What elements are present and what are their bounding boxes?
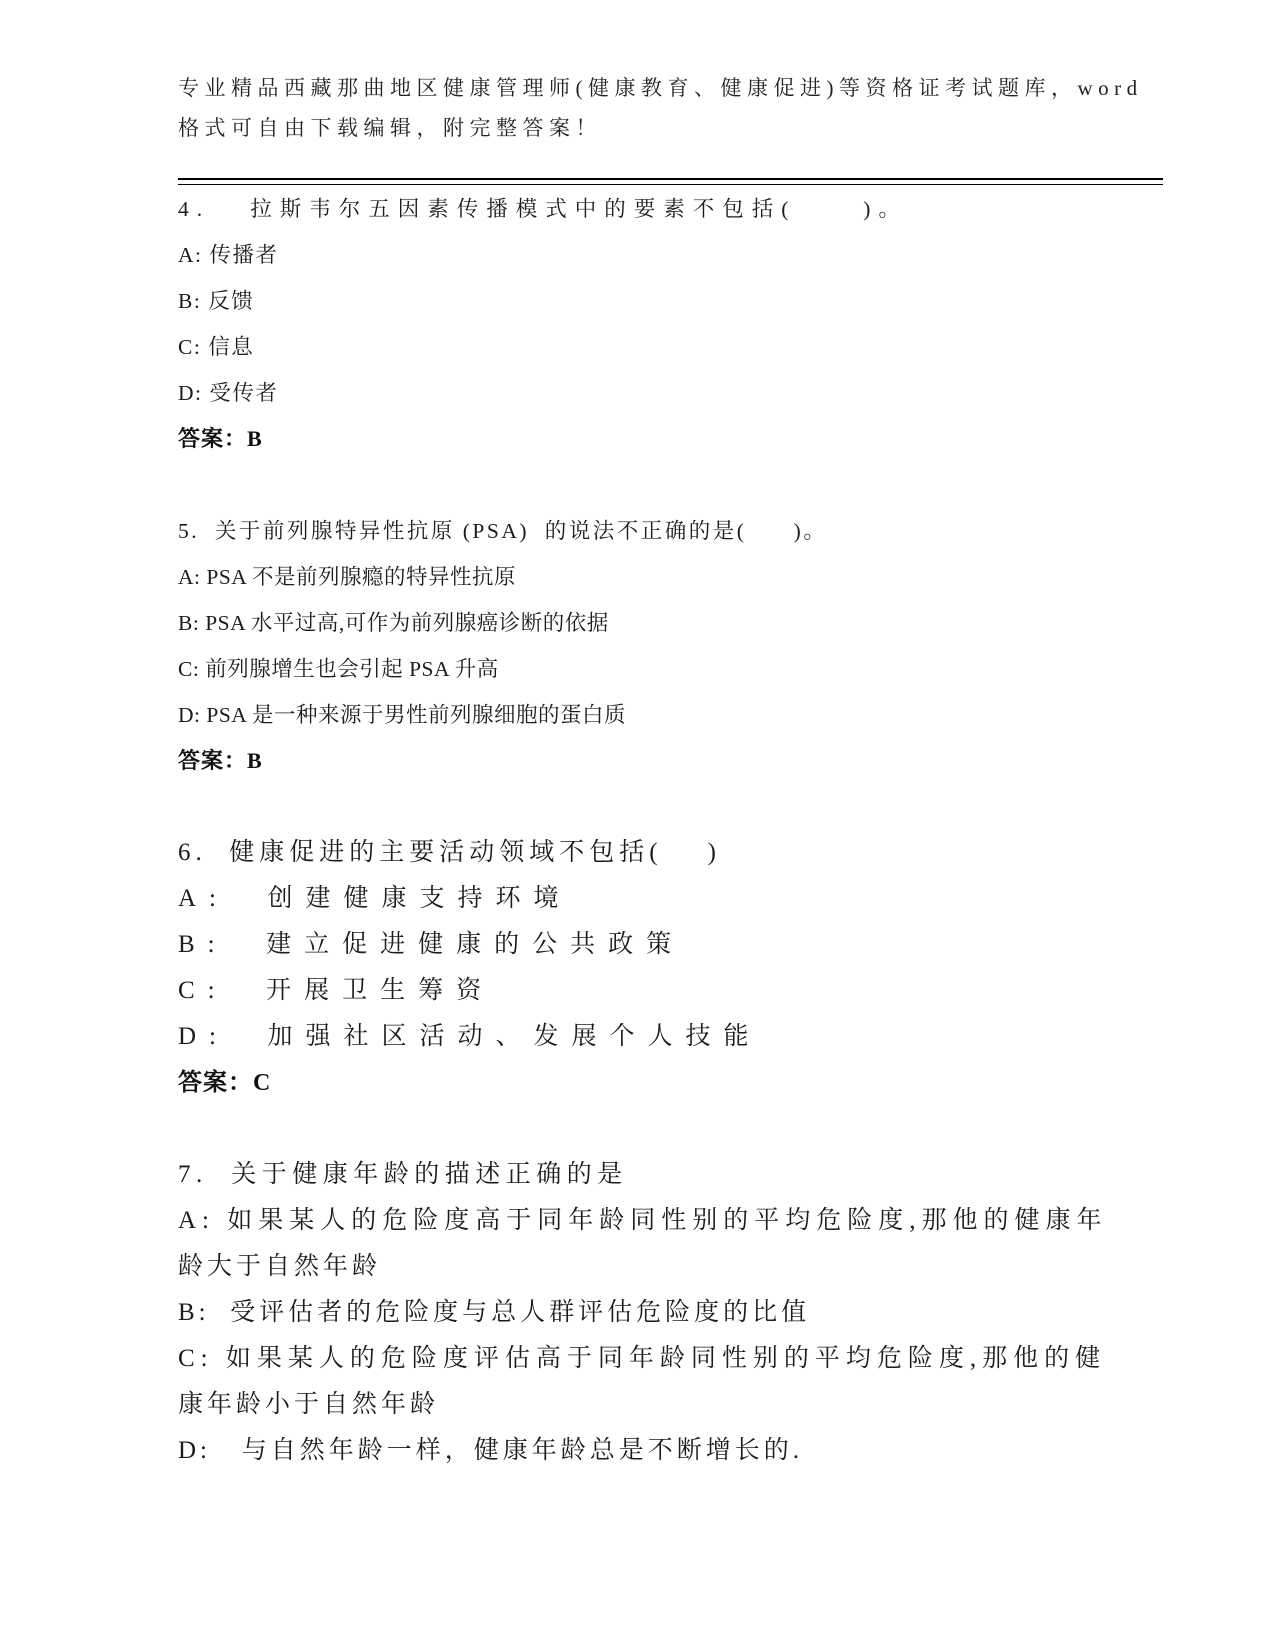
question-6-option-c: C: 开展卫生筹资	[178, 968, 1188, 1014]
question-5-answer: 答案：B	[178, 738, 1188, 784]
question-6-title: 6. 健康促进的主要活动领域不包括( )	[178, 830, 1188, 876]
question-5-option-a: A: PSA 不是前列腺瘾的特异性抗原	[178, 554, 1188, 600]
page-header: 专业精品西藏那曲地区健康管理师(健康教育、健康促进)等资格证考试题库，word …	[178, 0, 1188, 148]
header-divider-thin-line	[178, 184, 1163, 185]
document-page: 专业精品西藏那曲地区健康管理师(健康教育、健康促进)等资格证考试题库，word …	[0, 0, 1275, 1650]
spacer	[178, 462, 1188, 508]
question-7-option-a-line-1: A: 如果某人的危险度高于同年龄同性别的平均危险度,那他的健康年	[178, 1198, 1188, 1244]
question-7-option-c-line-1: C: 如果某人的危险度评估高于同年龄同性别的平均危险度,那他的健	[178, 1336, 1188, 1382]
question-7-option-b: B: 受评估者的危险度与总人群评估危险度的比值	[178, 1290, 1188, 1336]
spacer	[178, 784, 1188, 830]
question-4-option-a: A: 传播者	[178, 232, 1188, 278]
question-list: 4. 拉斯韦尔五因素传播模式中的要素不包括( )。 A: 传播者 B: 反馈 C…	[178, 186, 1188, 1474]
header-divider-thick-line	[178, 178, 1163, 180]
question-4-title: 4. 拉斯韦尔五因素传播模式中的要素不包括( )。	[178, 186, 1188, 232]
question-6-answer: 答案：C	[178, 1060, 1188, 1106]
header-line-1: 专业精品西藏那曲地区健康管理师(健康教育、健康促进)等资格证考试题库，word	[178, 68, 1188, 108]
question-7-title: 7. 关于健康年龄的描述正确的是	[178, 1152, 1188, 1198]
header-line-2: 格式可自由下载编辑，附完整答案！	[178, 108, 1188, 148]
question-6-option-d: D: 加强社区活动、发展个人技能	[178, 1014, 1188, 1060]
question-4-option-b: B: 反馈	[178, 278, 1188, 324]
question-5-option-b: B: PSA 水平过高,可作为前列腺癌诊断的依据	[178, 600, 1188, 646]
question-7-option-c-line-2: 康年龄小于自然年龄	[178, 1382, 1188, 1428]
question-6-option-a: A: 创建健康支持环境	[178, 876, 1188, 922]
question-4-answer: 答案：B	[178, 416, 1188, 462]
text-column: 专业精品西藏那曲地区健康管理师(健康教育、健康促进)等资格证考试题库，word …	[178, 0, 1188, 1474]
spacer	[178, 1106, 1188, 1152]
question-4-option-c: C: 信息	[178, 324, 1188, 370]
question-5-option-c: C: 前列腺增生也会引起 PSA 升高	[178, 646, 1188, 692]
question-4-option-d: D: 受传者	[178, 370, 1188, 416]
question-5-option-d: D: PSA 是一种来源于男性前列腺细胞的蛋白质	[178, 692, 1188, 738]
question-7-option-a-line-2: 龄大于自然年龄	[178, 1244, 1188, 1290]
header-divider	[178, 178, 1163, 185]
question-7-option-d: D: 与自然年龄一样，健康年龄总是不断增长的.	[178, 1428, 1188, 1474]
question-6-option-b: B: 建立促进健康的公共政策	[178, 922, 1188, 968]
question-5-title: 5. 关于前列腺特异性抗原 (PSA) 的说法不正确的是( )。	[178, 508, 1188, 554]
